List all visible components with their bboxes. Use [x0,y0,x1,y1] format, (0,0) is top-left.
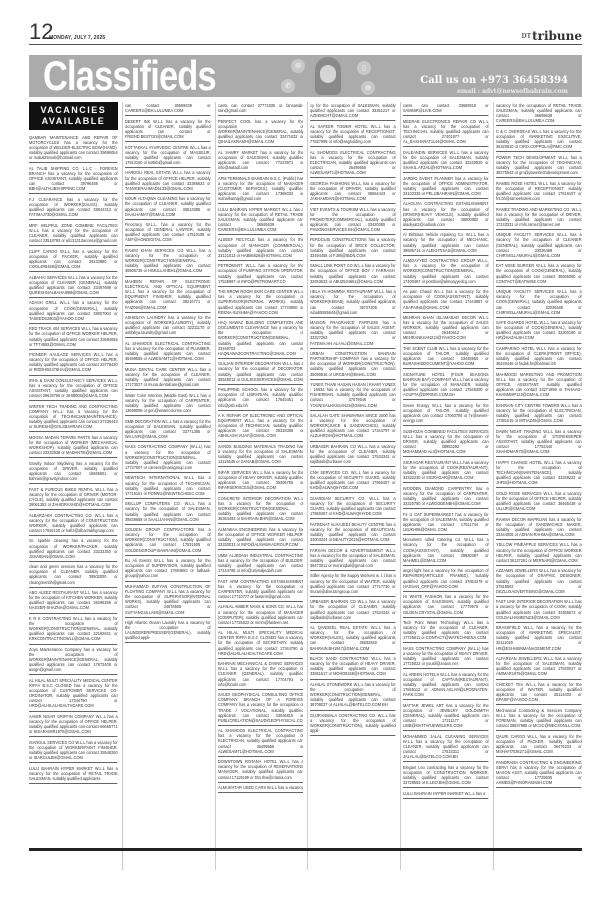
classified-ad: SUDHOZAI COMBINED FACILITIES SERVICES W.… [403,428,489,457]
classified-ad: PETROMART W.L.L has a vacancy for the oc… [218,262,304,286]
classified-ad: AL TALIB SHIPPING CO. L.L.C - FOREIGN BR… [29,165,118,194]
classified-ad: clean and green services has a vacancy f… [29,563,118,587]
classified-ad: FATEENAT ALHAJEEJ BEAUTY CENTRE has a va… [310,521,396,545]
classified-ad: SALALAH GATE SHAWARMA SINCE 2000 has a v… [310,412,396,441]
column-5: cants can contact 33688919 or SAMMIR@LIV… [400,102,489,870]
classified-ad: ALHILAL STONEWORK W.L.L has a vacancy fo… [310,681,396,710]
classified-ad: RED TRACK 404 SERVICES W.L.L has a vacan… [29,325,118,349]
classified-ad: GEORGIA FASHIONS W.L.L has a vacancy for… [310,180,396,204]
classified-ad: vacancy for the occupation of RETAIL TRA… [496,102,582,126]
classified-ad: F.J CLEARANCE has a vacancy for the occu… [29,196,118,220]
classified-ad: NOUR ALTAQWA CLEANING has a vacancy for … [125,195,211,219]
classifieds-banner: Classifieds ✉ ✆ ▯ ⊕ Call us on +973 3645… [29,55,582,97]
classified-ad: Finocracy W.L.L. has a vacancy for the o… [125,221,211,245]
classified-ad: AL AREEN HOTELS W.L.L has a vacancy for … [403,671,489,700]
classified-ad: cy for the occupation of SALESMAN, suita… [310,102,396,121]
globe-icon: ⊕ [361,81,375,95]
classified-ad: SMALL LINK POINT CO W.L.L has a vacancy … [310,262,396,286]
classified-ad: GULJAN INTERIOR DECORATION W.L.L has a v… [218,360,304,384]
classified-ad: GUJRANWALA CONTRACTING CO. W.L.L has a v… [310,712,396,736]
classified-ad: AAMIR NISAR GRIFFIN COMPANY W.L.L has a … [29,713,118,737]
classified-ad: LULU BAHRAIN HYPER MARKET W.L.L has a va… [218,206,304,235]
classified-ad: cants can contact 33688919 or SAMMIR@LIV… [403,102,489,116]
classified-ad: CONCRETE INTERIOR DECORATION W.L.L has a… [218,495,304,524]
classified-ad: AL SHAMOOS ELECTRICAL CONTRACTING has a … [218,727,304,756]
classified-ad: BRASSFIELD W.L.L has a vacancy for the o… [496,624,582,653]
classified-ad: UMM ALJEDAIH INDUSTRIAL CONTRACTING has … [218,552,304,576]
classified-ad: angel light has a vacancy for the occupa… [403,567,489,591]
classified-ad: HAPPY CHANGE HOTEL W.L.L has a vacancy f… [496,459,582,488]
classified-ad: YUNES THANI HASAN HASAN / KHAIR YUNES - … [310,381,396,410]
classified-ad: AL HILAL MULTI SPECIALITY MEDICAL CENTER… [218,629,304,658]
classified-ad: ISARGUL SERVICES CO W.L.L has a vacancy … [29,739,118,763]
classified-ad: QAMBAR MAINTENANCE AND REPAIR OF MOTORCY… [29,134,118,163]
classified-ad: VIET EVENTS & TOURISM W.L.L has a vacanc… [310,206,396,235]
classified-ad: FARHAN DECOR & ADVERTISEMENT W.L.L has a… [310,547,396,571]
classified-ad: DALEANDIN SERVICES W.L.L has a vacancy f… [403,149,489,173]
classified-ad: MRF HELPFUL ZONE COMBINE FACILITIES W.L.… [29,222,118,246]
classified-ad: AL SAMRY MARKET has a vacancy for the oc… [218,149,304,173]
classified-ad: MUNA DENTAL CARE CENTER W.L.L has a vaca… [125,366,211,390]
classified-ad: ALHILAL AMBER NASS & SONS CO. W.L.L has … [218,603,304,627]
classified-ad: FAST & FURIOUS BIKES RENTAL W.L.L has a … [29,486,118,510]
classified-ad: MOOSA MADAN TEPARE PARTS has a vacancy f… [29,434,118,458]
classified-ad: CLIFF CARGO W.L.L has a vacancy for the … [29,248,118,272]
classified-ad: THE SCENT CLUB W.L.L has a vacancy for t… [403,345,489,369]
classified-ad: HI WHITE FASHION has a vacancy for the o… [403,593,489,617]
classified-ad: Mechanical Contracting & Services Compan… [496,707,582,731]
classified-ad: NASS CONTRACTING COMPANY (W.L.L) has a v… [125,443,211,472]
classified-ad: WOODEN DIAMOND CARPENTRY has a vacancy f… [403,485,489,509]
logo-prefix: DT [521,33,531,40]
classified-ad: URBASER BAHRAIN CO W.L.L has a vacancy f… [310,443,396,467]
classified-ad: ALBAHAI SERVICES W.L.L has a vacancy for… [29,274,118,298]
vacancies-heading: VACANCIES AVAILABLE [29,102,118,130]
classified-ad: ALAOLIYA CONTRACTING ESTABLISHMENT has a… [403,200,489,229]
mail-icon: ✉ [291,59,305,73]
classified-ad: SANDS BUILDING MATERIALS TRADING has a v… [218,443,304,467]
classified-ad: MOHAMMED JALAL CLEANING SERVICES W.L.L h… [403,733,489,762]
classifieds-page: 12 MONDAY, JULY 7, 2025 DTtribune Classi… [29,0,582,900]
classified-ad: LULU BAHRAIN HYPER MARKET W.L.L has a [403,790,489,799]
classified-ad: AL SHOMOOS ELECTRICAL CONTRACTING has a … [310,149,396,178]
classified-ad: DAWN NIGHT TRADING W.L.L has a vacancy f… [496,428,582,457]
classified-ad: PERFECT COOL has a vacancy for the occup… [218,118,304,147]
classified-ad: LULU BAHRAIN HYPER MARKET W.L.L has a va… [29,765,118,784]
classified-ad: Elegant Leo contracting has a vacancy fo… [403,764,489,788]
classified-ad: ALMUKHTAR USED CARS W.L.L has a vacancy [218,784,304,793]
column-1: VACANCIES AVAILABLE QAMBAR MAINTENANCE A… [29,102,118,870]
classified-ad: MATTAR JEWEL ART has a vacancy for the o… [403,702,489,731]
classified-ad: NASS CONTRACTING COMPANY (W.L.L) has a v… [403,645,489,669]
bottom-rule [29,848,582,851]
classified-ad: PIONEER HAULAGE SERVICES W.L.L has a vac… [29,351,118,375]
classified-ad: Zoya Maintenance Company has a vacancy f… [29,646,118,675]
classified-ad: F4 U CAT SUPERMARKET has a vacancy for t… [403,511,489,535]
logo-text: tribune [532,29,582,43]
classified-ad: SIGRAGAR RESTAURANT W.L.L has a vacancy … [403,459,489,483]
classified-ad: UNIQUE FACILITY SERVICES W.L.L has a vac… [496,231,582,260]
classified-ad: AL QANDEEL REAL ESTATE W.L.L has a vacan… [310,624,396,653]
classified-ad: Al Ekhtisas Vehicle repairing Co. W.L.L … [403,231,489,255]
classified-ad: APM TERMINALS BAHRAIN B.S.C. (Public) ha… [218,175,304,204]
classified-ad: ALBARZAKH CONTRACTING CO. W.L.L has a va… [29,512,118,536]
classified-ad: CNH SERVICES CO. W.L.L has a vacancy for… [310,469,396,493]
classified-ad: SAUDI GEOPHYSICAL CONSULTING OFFICE COMP… [218,691,304,726]
classified-ad: NEWTECH INTERNATIONAL W.L.L has a vacanc… [125,474,211,498]
section-title: Classifieds [43,55,216,97]
classified-ad: THE BROW ROOM SKIN CARE CENTER W.L.L has… [218,288,304,317]
classified-ad: POWER TECH DEVELOPMENT W.L.L has a vacan… [496,154,582,178]
classified-ad: Seven Energy W.L.L has a vacancy for the… [403,402,489,426]
classified-ad: SAFE GUARDS HOTEL W.L.L has a vacancy fo… [496,319,582,343]
classified-ad: PANORAMA CONTRACTING & ENGINEERING SERVI… [496,759,582,788]
classified-ad: ALFARSAN JEWELLERS W.L.L has a vacancy f… [496,655,582,679]
classified-ad: DOWNTOWN ROTANA HOTEL W.L.L has a vacanc… [218,758,304,782]
classified-ad: CAMPARINO HOTEL W.L.L has a vacancy for … [496,345,582,369]
column-3: cants can contact 37771835 or fansanab-r… [215,102,304,870]
classified-ad: INFAR SERVICES W.L.L has a vacancy for t… [218,469,304,493]
classified-ad: BAHRAIN CITY CENTRE TOWERS W.L.L has a v… [496,402,582,426]
classified-ad: QAURI CARGO W.L.L has a vacancy for the … [496,733,582,757]
classified-ad: WINTER TECH TRADING AND CONTRACTING COMP… [29,403,118,432]
classified-ad: HARDOLI REAL ESTATE W.L.L has a vacancy … [125,169,211,193]
classified-ad: PHILIPPINE SCHOOL has a vacancy for the … [218,386,304,410]
page-header: 12 MONDAY, JULY 7, 2025 DTtribune [29,25,582,45]
classified-ad: EAT WISE BURGER W.L.L has a vacancy for … [496,262,582,286]
column-6: vacancy for the occupation of RETAIL TRA… [493,102,582,870]
classified-ad: SMB DECORATION W.L.L has a vacancy for t… [125,418,211,442]
column-4: cy for the occupation of SALESMAN, suita… [307,102,396,870]
classified-ad: MEERAB ELECTRONICS REPAIR CO W.L.L has a… [403,118,489,147]
classified-ad: UNIQUE FACILITY SERVICES W.L.L has a vac… [496,288,582,317]
classified-ad: URBAN CONSTRUCTION BAHRAIN PARTNERSHIP C… [310,350,396,379]
classified-ad: FERDOUSI CONSTRUCTIONS has a vacancy for… [310,236,396,260]
mobile-icon: ▯ [357,61,371,75]
classified-ad: ALMOAYYED CONTRACTING GROUP W.L.L. has a… [403,257,489,286]
page-number: 12 [29,19,53,45]
classified-ad: MAISON FRAGRANCE PARFUMS has a vacancy f… [310,319,396,348]
classified-ad: Monument rolled Catering Co. W.L.L has a… [403,536,489,565]
classified-ad: RAHIM KHAN SERVICES CO W.L.L has a vacan… [125,247,211,276]
classified-ad: SKILLUP COMPUTERS CO. W.L.L has a vacanc… [125,500,211,524]
call-number: Call us on +973 36458394 [420,75,568,86]
classified-ad: AL SHAMOOS ELECTRICAL CONTRACTING has a … [125,340,211,364]
classified-ad: IRHA & DAIM CONSULTANCY SERVICES W.L.L h… [29,377,118,401]
classified-ad: AL HILAL MULTI SPECIALITY MEDICAL CENTER… [29,677,118,712]
classified-ad: C & C OVERSEAS W.L.L has a vacancy for t… [496,128,582,152]
classified-ad: BAHRAIN MECHANICAL & DIVING SERVICES W.L… [218,660,304,689]
classified-ad: FAST ARM CONTRACTING ESTABLISHMENT has a… [218,578,304,602]
classified-ad: DESERT INK W.L.L has a vacancy for the o… [125,118,211,142]
classified-ad: K R K CONTRACTING W.L.L has a vacancy fo… [29,615,118,644]
classified-ad: AL SAFEER TOWER HOTEL W.L.L has a vacanc… [310,123,396,147]
classified-ad: Gravity Indoor Skydiving has a vacancy f… [29,460,118,484]
classified-ad: GOLDEN GROUP CONTRACTORS has a vacancy f… [125,526,211,555]
classified-ad: FAST LINK INTERIOR DECORATION W.L.L has … [496,598,582,622]
classified-ad: HAQ NAWAZ BUILDING COMPLETION AND DOCUME… [218,319,304,359]
classified-ad: HELA YA HOMMNA RESTAURANT W.L.L has a va… [310,288,396,317]
classified-ad: RAMEZ TRADING AND MARKETING CO. W.L.L ha… [496,206,582,230]
classified-ad: can contact 36569639 or CAREERS@BH.LULUM… [125,102,211,116]
classifieds-columns: VACANCIES AVAILABLE QAMBAR MAINTENANCE A… [29,102,582,870]
classified-ad: CHICKET TEA W.L.L has a vacancy for the … [496,681,582,705]
classified-ad: Bu Ali Events W.L.L has a vacancy for th… [125,557,211,581]
classified-ad: High Atlantic Ocean Laundry has a vacanc… [125,619,211,643]
woman-illustration [315,57,341,95]
classified-ad: mr. sparkle cleaning has a vacancy for t… [29,537,118,561]
classified-ad: ALMAWAA ENGINEERING has a vacancy for th… [218,526,304,550]
email-address: email : advt@newsofbahrain.com [457,88,568,95]
classified-ad: KOTTAKKAL AYURVEDIC CENTRE W.L.L has a v… [125,144,211,168]
classified-ad: Tech Point Water Technology W.L.L has a … [403,619,489,643]
classified-ad: SIGNATURE HOTEL (FOUR SEASONS BAHRAIN BA… [403,371,489,400]
classified-ad: GUARDIAN SECURITY CO. W.L.L has a vacanc… [310,495,396,519]
classified-ad: JARDIO EVENT PLANNER has a vacancy for t… [403,175,489,199]
classified-ad: ABO ALEEZ RESTAURANT W.L.L has a vacancy… [29,589,118,613]
classified-ad: A K REPAIR OF ELECTRONIC AND OPTICAL EQU… [218,412,304,441]
newspaper-logo: DTtribune [521,29,582,43]
banner-illustration: ✉ ✆ ▯ ⊕ [269,55,389,97]
classified-ad: ALSEEF RECYCLE has a vacancy for the occ… [218,236,304,260]
page-date: MONDAY, JULY 7, 2025 [49,35,105,41]
classified-ad: AZZAMIN JEWELLERS W.L.L has a vacancy fo… [496,567,582,596]
column-2: can contact 36569639 or CAREERS@BH.LULUM… [122,102,211,870]
classified-ad: ASHBILIYA LAUNDRY has a vacancy for the … [125,314,211,338]
classified-ad: URBASER BAHRAIN CO W.L.L has a vacancy f… [310,598,396,622]
classified-ad: YELLOW PINEAPPLE SERVICES W.L.L has a va… [496,541,582,565]
classified-ad: MEHRAN KHAN ISLAMABAD DECOR W.L.L has a … [403,314,489,343]
classified-ad: ADASH GRILL W.L.L has a vacancy for the … [29,299,118,323]
classified-ad: RAMEE ROSE HOTEL W.L.L has a vacancy for… [496,180,582,204]
classified-ad: As pain Chaud W.L.L has a vacancy for th… [403,288,489,312]
classified-ad: MAHMOOD MARKETING AND PROMOTION W.L.L ha… [496,371,582,400]
classified-ad: cants can contact 37771835 or fansanab-r… [218,102,304,116]
phone-icon: ✆ [281,79,295,93]
classified-ad: MAHEEN REPAIR OF ELECTRONIC ELECTRICAL A… [125,278,211,313]
classified-ad: RAHMA DECOR MAPRIJAN has a vacancy for t… [496,516,582,540]
classified-ad: GOLD ROSE SERVICES W.L.L has a vacancy f… [496,490,582,514]
classified-ad: Water Color Interiors (Middle East) W.L.… [125,392,211,416]
classified-ad: BLACK SAND CONTRACTING W.L.L has a vacan… [310,655,396,679]
classified-ad: MUHAMMAD SUFYAN CONSTRUCTION OF FLOATING… [125,583,211,618]
classified-ad: Stiller Agency for the Supply Workers w.… [310,572,396,596]
